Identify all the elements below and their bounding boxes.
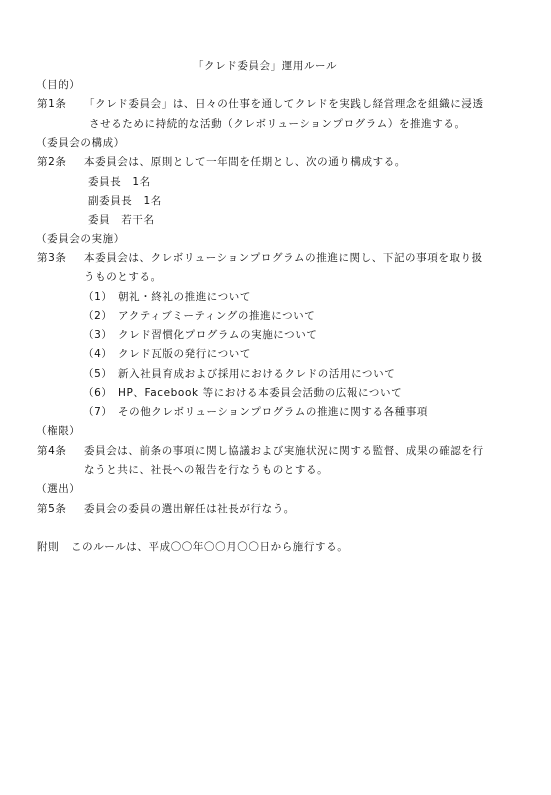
member-vice-chair: 副委員長 1名 [88,194,162,208]
item-2-text: アクティブミーティングの推進について [118,309,315,323]
article-3-text-line-2: うものとする。 [84,270,162,284]
article-1-text-line-2: させるために持続的な活動（クレボリューションプログラム）を推進する。 [89,117,466,131]
item-4-number: （4） [83,347,112,361]
item-7-text: その他クレボリューションプログラムの推進に関する各種事項 [118,405,428,419]
section-heading-selection: （選出） [36,482,80,496]
item-1-number: （1） [83,290,112,304]
article-3-text-line-1: 本委員会は、クレボリューションプログラムの推進に関し、下記の事項を取り扱 [84,251,483,265]
item-5-text: 新入社員育成および採用におけるクレドの活用について [118,367,395,381]
item-1-text: 朝礼・終礼の推進について [118,290,251,304]
item-2-number: （2） [83,309,112,323]
section-heading-authority: （権限） [36,424,80,438]
article-4-label: 第4条 [37,444,66,458]
member-chair: 委員長 1名 [88,175,151,189]
item-5-number: （5） [83,367,112,381]
article-5-text-line-1: 委員会の委員の選出解任は社長が行なう。 [84,502,295,516]
article-4-text-line-1: 委員会は、前条の事項に関し協議および実施状況に関する監督、成果の確認を行 [84,444,484,458]
supplementary-text: このルールは、平成〇〇年〇〇月〇〇日から施行する。 [71,540,348,554]
section-heading-composition: （委員会の構成） [36,136,125,150]
member-members: 委員 若干名 [88,213,155,227]
item-7-number: （7） [83,405,112,419]
article-2-text-line-1: 本委員会は、原則として一年間を任期とし、次の通り構成する。 [84,155,406,169]
item-3-text: クレド習慣化プログラムの実施について [118,328,317,342]
article-2-label: 第2条 [37,155,66,169]
section-heading-implementation: （委員会の実施） [36,232,125,246]
document-title: 「クレド委員会」運用ルール [0,59,530,73]
article-5-label: 第5条 [37,502,66,516]
article-1-text-line-1: 「クレド委員会」は、日々の仕事を通してクレドを実践し経営理念を組織に浸透 [84,97,484,111]
item-3-number: （3） [83,328,112,342]
article-3-label: 第3条 [37,251,66,265]
item-6-number: （6） [83,386,112,400]
section-heading-purpose: （目的） [36,78,80,92]
item-4-text: クレド瓦版の発行について [118,347,251,361]
article-4-text-line-2: なうと共に、社長への報告を行なうものとする。 [84,463,328,477]
item-6-text: HP、Facebook 等における本委員会活動の広報について [118,386,402,400]
supplementary-label: 附則 [37,540,59,554]
article-1-label: 第1条 [37,97,66,111]
